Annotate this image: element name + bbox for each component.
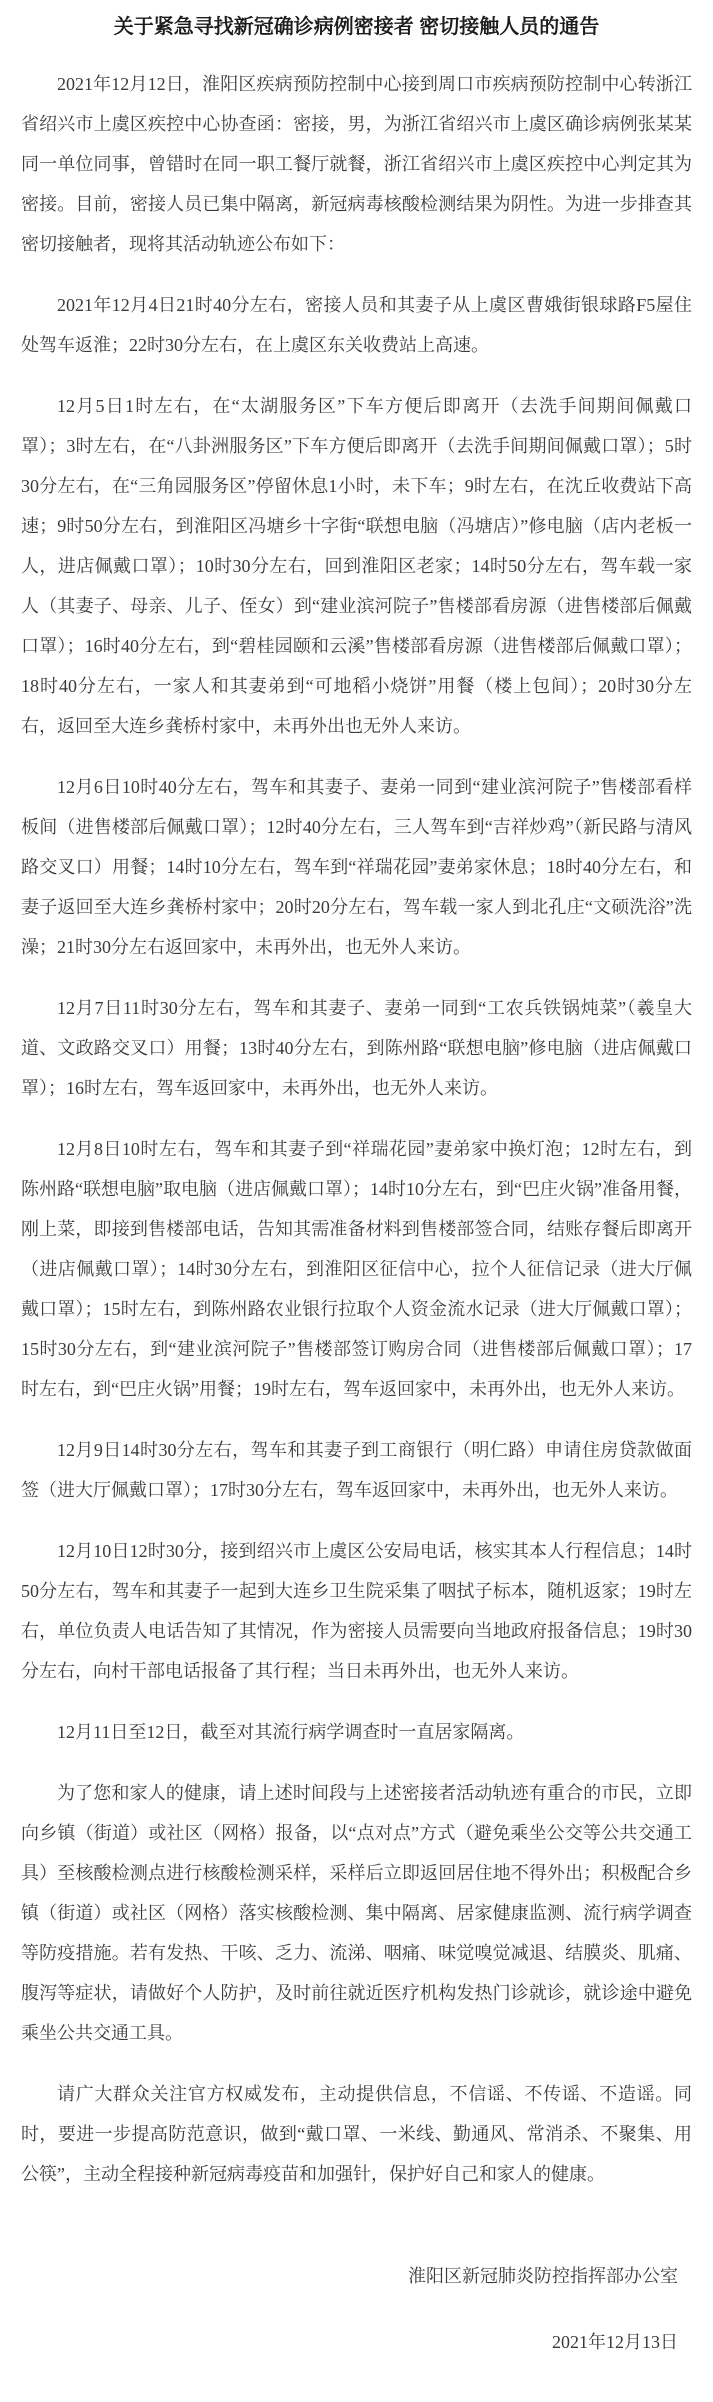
paragraph-dec9: 12月9日14时30分左右，驾车和其妻子到工商银行（明仁路）申请住房贷款做面签（… — [21, 1430, 692, 1510]
paragraph-dec4: 2021年12月4日21时40分左右，密接人员和其妻子从上虞区曹娥街银球路F5屋… — [21, 285, 692, 365]
paragraph-dec11-12: 12月11日至12日，截至对其流行病学调查时一直居家隔离。 — [21, 1712, 692, 1752]
paragraph-dec5: 12月5日1时左右，在“太湖服务区”下车方便后即离开（去洗手间期间佩戴口罩）；3… — [21, 386, 692, 746]
paragraph-dec6: 12月6日10时40分左右，驾车和其妻子、妻弟一同到“建业滨河院子”售楼部看样板… — [21, 767, 692, 967]
signature-date: 2021年12月13日 — [21, 2322, 692, 2362]
paragraph-dec10: 12月10日12时30分，接到绍兴市上虞区公安局电话，核实其本人行程信息；14时… — [21, 1531, 692, 1691]
paragraph-dec7: 12月7日11时30分左右，驾车和其妻子、妻弟一同到“工农兵铁锅炖菜”（羲皇大道… — [21, 988, 692, 1108]
paragraph-intro: 2021年12月12日，淮阳区疾病预防控制中心接到周口市疾病预防控制中心转浙江省… — [21, 64, 692, 264]
paragraph-appeal: 请广大群众关注官方权威发布，主动提供信息，不信谣、不传谣、不造谣。同时，要进一步… — [21, 2074, 692, 2194]
signature-office: 淮阳区新冠肺炎防控指挥部办公室 — [21, 2256, 692, 2296]
paragraph-advisory: 为了您和家人的健康，请上述时间段与上述密接者活动轨迹有重合的市民，立即向乡镇（街… — [21, 1773, 692, 2053]
notice-document: 关于紧急寻找新冠确诊病例密接者 密切接触人员的通告 2021年12月12日，淮阳… — [0, 0, 713, 2402]
document-title: 关于紧急寻找新冠确诊病例密接者 密切接触人员的通告 — [21, 14, 692, 40]
paragraph-dec8: 12月8日10时左右，驾车和其妻子到“祥瑞花园”妻弟家中换灯泡；12时左右，到陈… — [21, 1129, 692, 1409]
